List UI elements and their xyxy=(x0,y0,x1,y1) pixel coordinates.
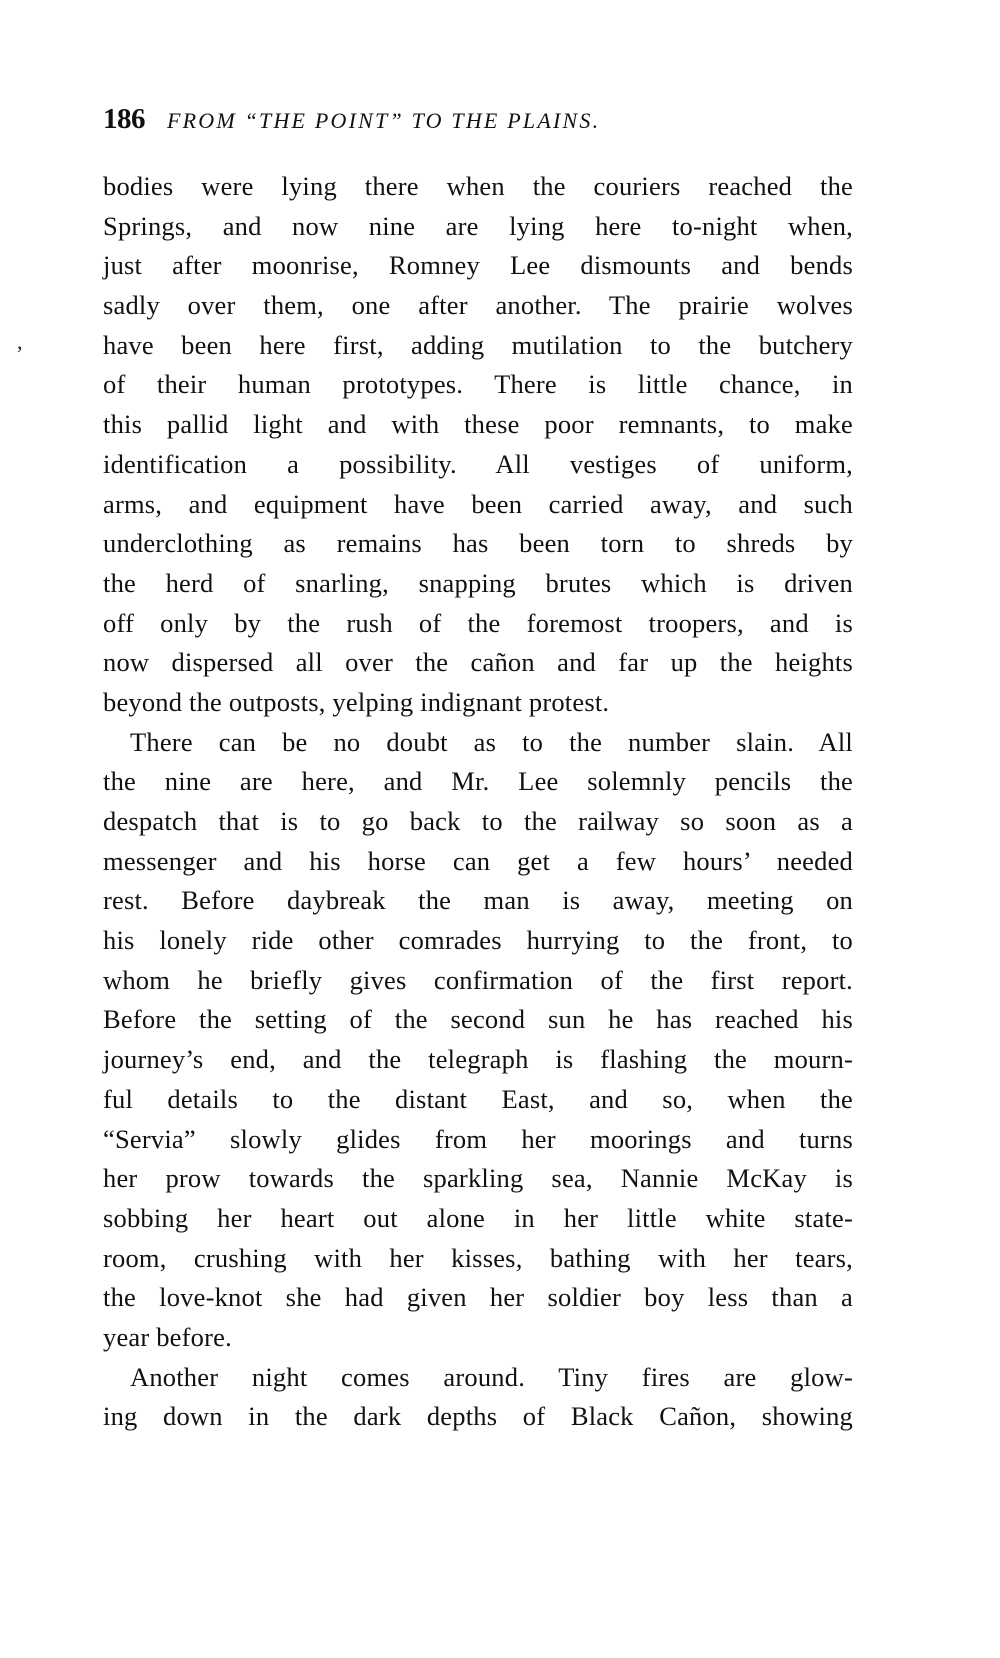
text-line: “Servia” slowly glides from her moorings… xyxy=(103,1120,853,1160)
text-line: Springs, and now nine are lying here to-… xyxy=(103,207,853,247)
page-number: 186 xyxy=(103,103,145,136)
text-line: the love-knot she had given her soldier … xyxy=(103,1278,853,1318)
text-line: just after moonrise, Romney Lee dismount… xyxy=(103,246,853,286)
book-page: 186 FROM “THE POINT” TO THE PLAINS. , bo… xyxy=(0,0,1000,1658)
page-header: 186 FROM “THE POINT” TO THE PLAINS. xyxy=(103,103,863,143)
text-line: his lonely ride other comrades hurrying … xyxy=(103,921,853,961)
text-line: There can be no doubt as to the number s… xyxy=(103,723,853,763)
text-line: have been here first, adding mutilation … xyxy=(103,326,853,366)
text-line: journey’s end, and the telegraph is flas… xyxy=(103,1040,853,1080)
text-line: now dispersed all over the cañon and far… xyxy=(103,643,853,683)
text-line: ful details to the distant East, and so,… xyxy=(103,1080,853,1120)
text-line: the herd of snarling, snapping brutes wh… xyxy=(103,564,853,604)
text-line: underclothing as remains has been torn t… xyxy=(103,524,853,564)
text-line: the nine are here, and Mr. Lee solemnly … xyxy=(103,762,853,802)
text-line: whom he briefly gives confirmation of th… xyxy=(103,961,853,1001)
text-line: rest. Before daybreak the man is away, m… xyxy=(103,881,853,921)
text-line: arms, and equipment have been carried aw… xyxy=(103,485,853,525)
body-text: bodies were lying there when the courier… xyxy=(103,167,853,1437)
text-line: identification a possibility. All vestig… xyxy=(103,445,853,485)
text-line: room, crushing with her kisses, bathing … xyxy=(103,1239,853,1279)
text-line: sadly over them, one after another. The … xyxy=(103,286,853,326)
text-line: messenger and his horse can get a few ho… xyxy=(103,842,853,882)
running-head: FROM “THE POINT” TO THE PLAINS. xyxy=(167,108,600,134)
text-line: Another night comes around. Tiny fires a… xyxy=(103,1358,853,1398)
text-line: this pallid light and with these poor re… xyxy=(103,405,853,445)
text-line: her prow towards the sparkling sea, Nann… xyxy=(103,1159,853,1199)
text-line: ing down in the dark depths of Black Cañ… xyxy=(103,1397,853,1437)
text-line: beyond the outposts, yelping indignant p… xyxy=(103,683,853,723)
text-line: year before. xyxy=(103,1318,853,1358)
text-line: bodies were lying there when the courier… xyxy=(103,167,853,207)
text-line: despatch that is to go back to the railw… xyxy=(103,802,853,842)
text-line: Before the setting of the second sun he … xyxy=(103,1000,853,1040)
text-line: of their human prototypes. There is litt… xyxy=(103,365,853,405)
text-line: sobbing her heart out alone in her littl… xyxy=(103,1199,853,1239)
text-line: off only by the rush of the foremost tro… xyxy=(103,604,853,644)
margin-mark: , xyxy=(17,329,23,355)
